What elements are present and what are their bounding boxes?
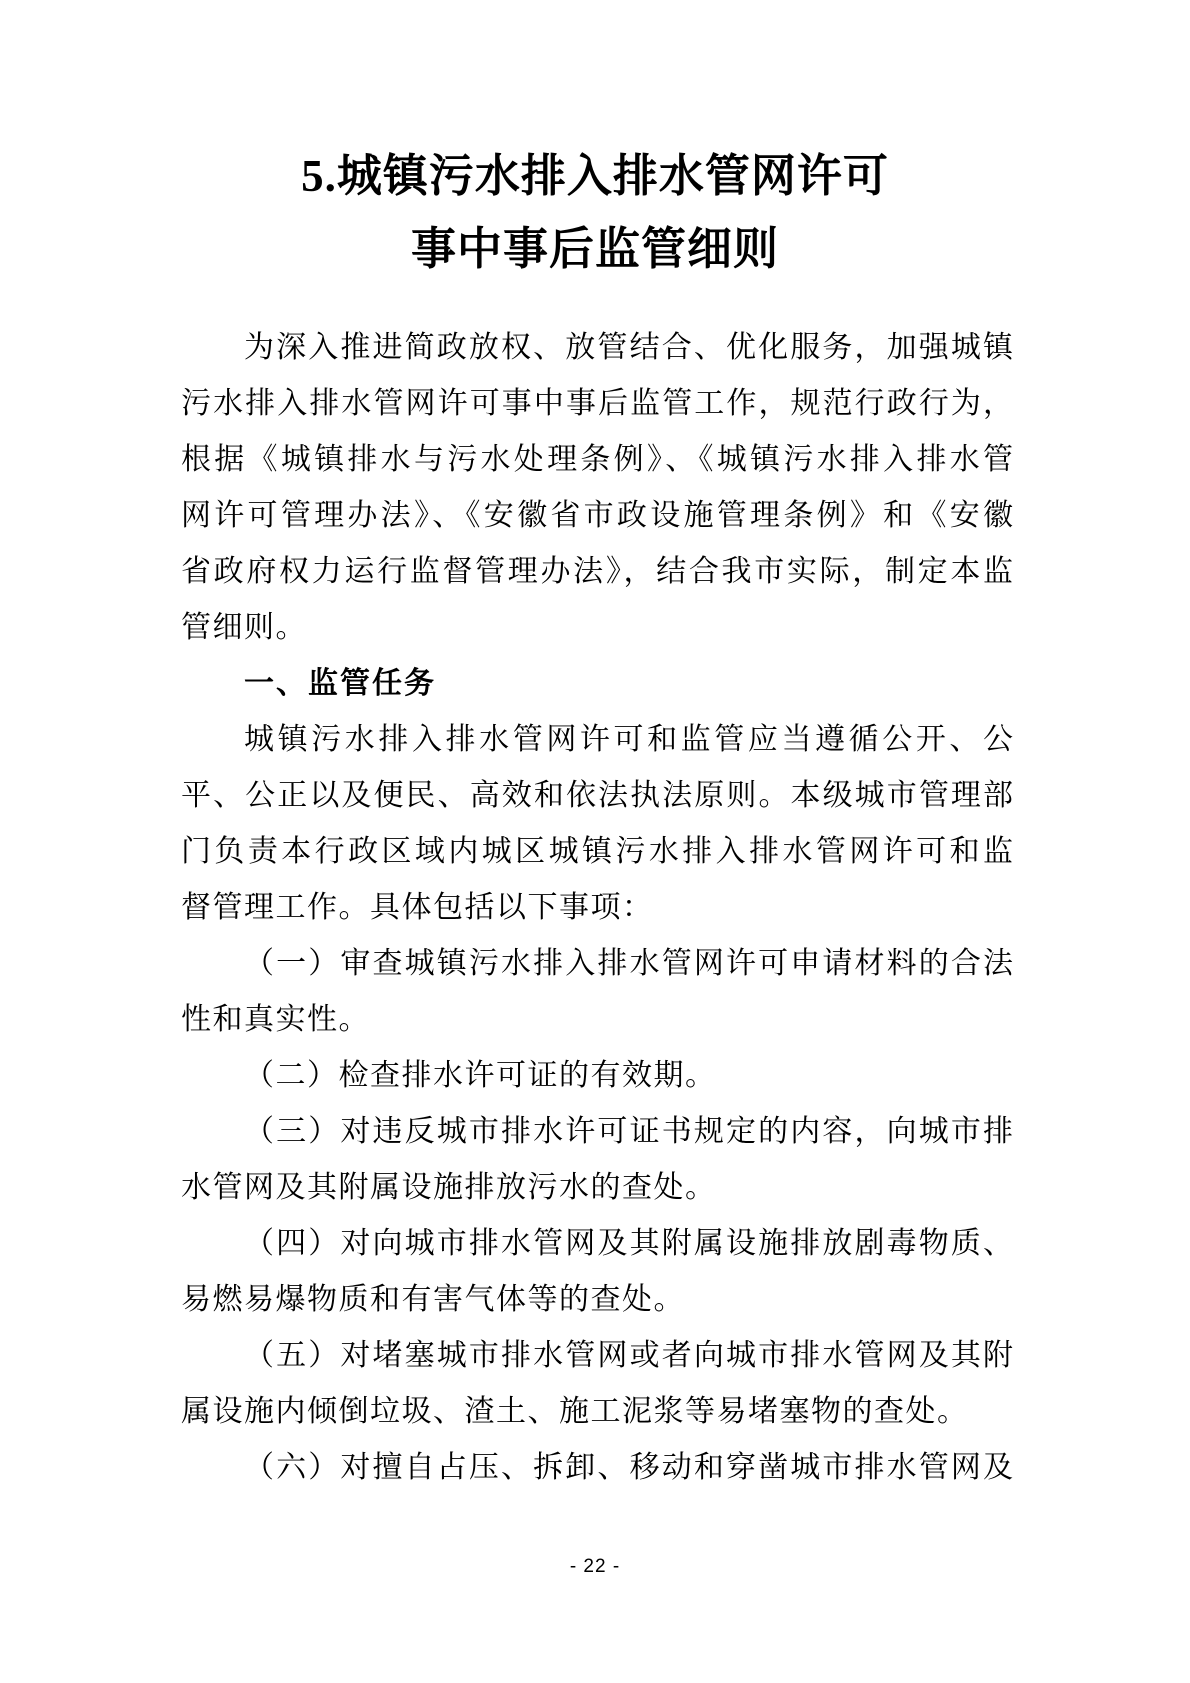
paragraph-line: 根据《城镇排水与污水处理条例》、《城镇污水排入排水管 [181, 432, 1013, 488]
doc-title: 5.城镇污水排入排水管网许可 事中事后监管细则 [0, 140, 1190, 286]
paragraph-line: 省政府权力运行监督管理办法》，结合我市实际，制定本监 [181, 544, 1013, 600]
paragraph-line: 水管网及其附属设施排放污水的查处。 [181, 1160, 1013, 1216]
doc-title-line-1: 5.城镇污水排入排水管网许可 [0, 140, 1190, 213]
paragraph-line: （五）对堵塞城市排水管网或者向城市排水管网及其附 [181, 1328, 1013, 1384]
paragraph-line: （三）对违反城市排水许可证书规定的内容，向城市排 [181, 1104, 1013, 1160]
paragraph-line: 网许可管理办法》、《安徽省市政设施管理条例》和《安徽 [181, 488, 1013, 544]
paragraph-line: 管细则。 [181, 600, 1013, 656]
paragraph-line: （四）对向城市排水管网及其附属设施排放剧毒物质、 [181, 1216, 1013, 1272]
document-page: 5.城镇污水排入排水管网许可 事中事后监管细则 为深入推进简政放权、放管结合、优… [0, 0, 1190, 1683]
paragraph-line: 门负责本行政区域内城区城镇污水排入排水管网许可和监 [181, 824, 1013, 880]
paragraph-line: 为深入推进简政放权、放管结合、优化服务，加强城镇 [181, 320, 1013, 376]
paragraph-line: 污水排入排水管网许可事中事后监管工作，规范行政行为， [181, 376, 1013, 432]
section-heading: 一、监管任务 [181, 656, 1013, 712]
doc-title-line-2: 事中事后监管细则 [0, 213, 1190, 286]
paragraph-line: 性和真实性。 [181, 992, 1013, 1048]
paragraph-line: （六）对擅自占压、拆卸、移动和穿凿城市排水管网及 [181, 1440, 1013, 1496]
paragraph-line: 平、公正以及便民、高效和依法执法原则。本级城市管理部 [181, 768, 1013, 824]
paragraph-line: 督管理工作。具体包括以下事项： [181, 880, 1013, 936]
paragraph-line: 属设施内倾倒垃圾、渣土、施工泥浆等易堵塞物的查处。 [181, 1384, 1013, 1440]
paragraph-line: 城镇污水排入排水管网许可和监管应当遵循公开、公 [181, 712, 1013, 768]
paragraph-line: （一）审查城镇污水排入排水管网许可申请材料的合法 [181, 936, 1013, 992]
paragraph-line: 易燃易爆物质和有害气体等的查处。 [181, 1272, 1013, 1328]
paragraph-line: （二）检查排水许可证的有效期。 [181, 1048, 1013, 1104]
page-number: - 22 - [0, 1556, 1190, 1578]
document-body: 为深入推进简政放权、放管结合、优化服务，加强城镇污水排入排水管网许可事中事后监管… [181, 320, 1013, 1496]
